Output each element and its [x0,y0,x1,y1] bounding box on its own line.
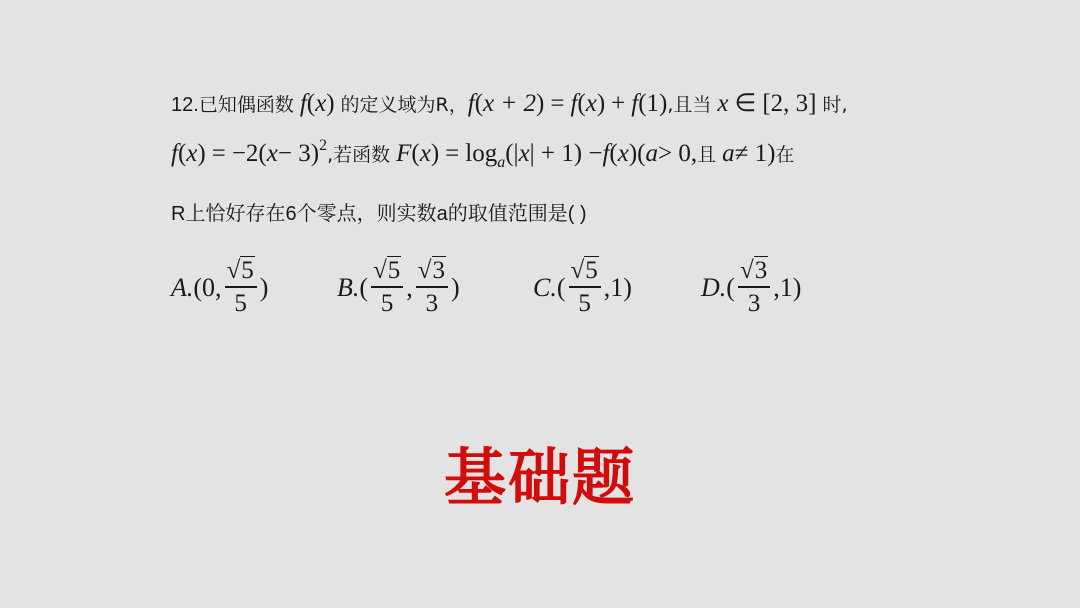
fraction: √3 3 [416,256,448,320]
problem-line-2: f(x) = −2(x − 3)2 ,若函数 F(x) = loga (|x| … [171,140,794,168]
fraction: √5 5 [569,256,601,320]
category-heading: 基础题 [0,428,1080,517]
problem-line-3: R上恰好存在6个零点，则实数a的取值范围是( ) [171,197,587,226]
problem-line-1: 12. 已知偶函数 f(x) 的定义域为R， f(x + 2) = f(x) +… [171,88,848,118]
choice-d[interactable]: D. ( √3 3 , 1) [701,248,801,328]
choice-a[interactable]: A. (0, √5 5 ) [171,248,268,328]
fraction: √5 5 [225,256,257,320]
problem-number: 12. [171,94,199,117]
fraction: √5 5 [371,256,403,320]
fraction: √3 3 [738,256,770,320]
choice-c[interactable]: C. ( √5 5 , 1) [533,248,632,328]
choice-b[interactable]: B. ( √5 5 , √3 3 ) [337,248,460,328]
